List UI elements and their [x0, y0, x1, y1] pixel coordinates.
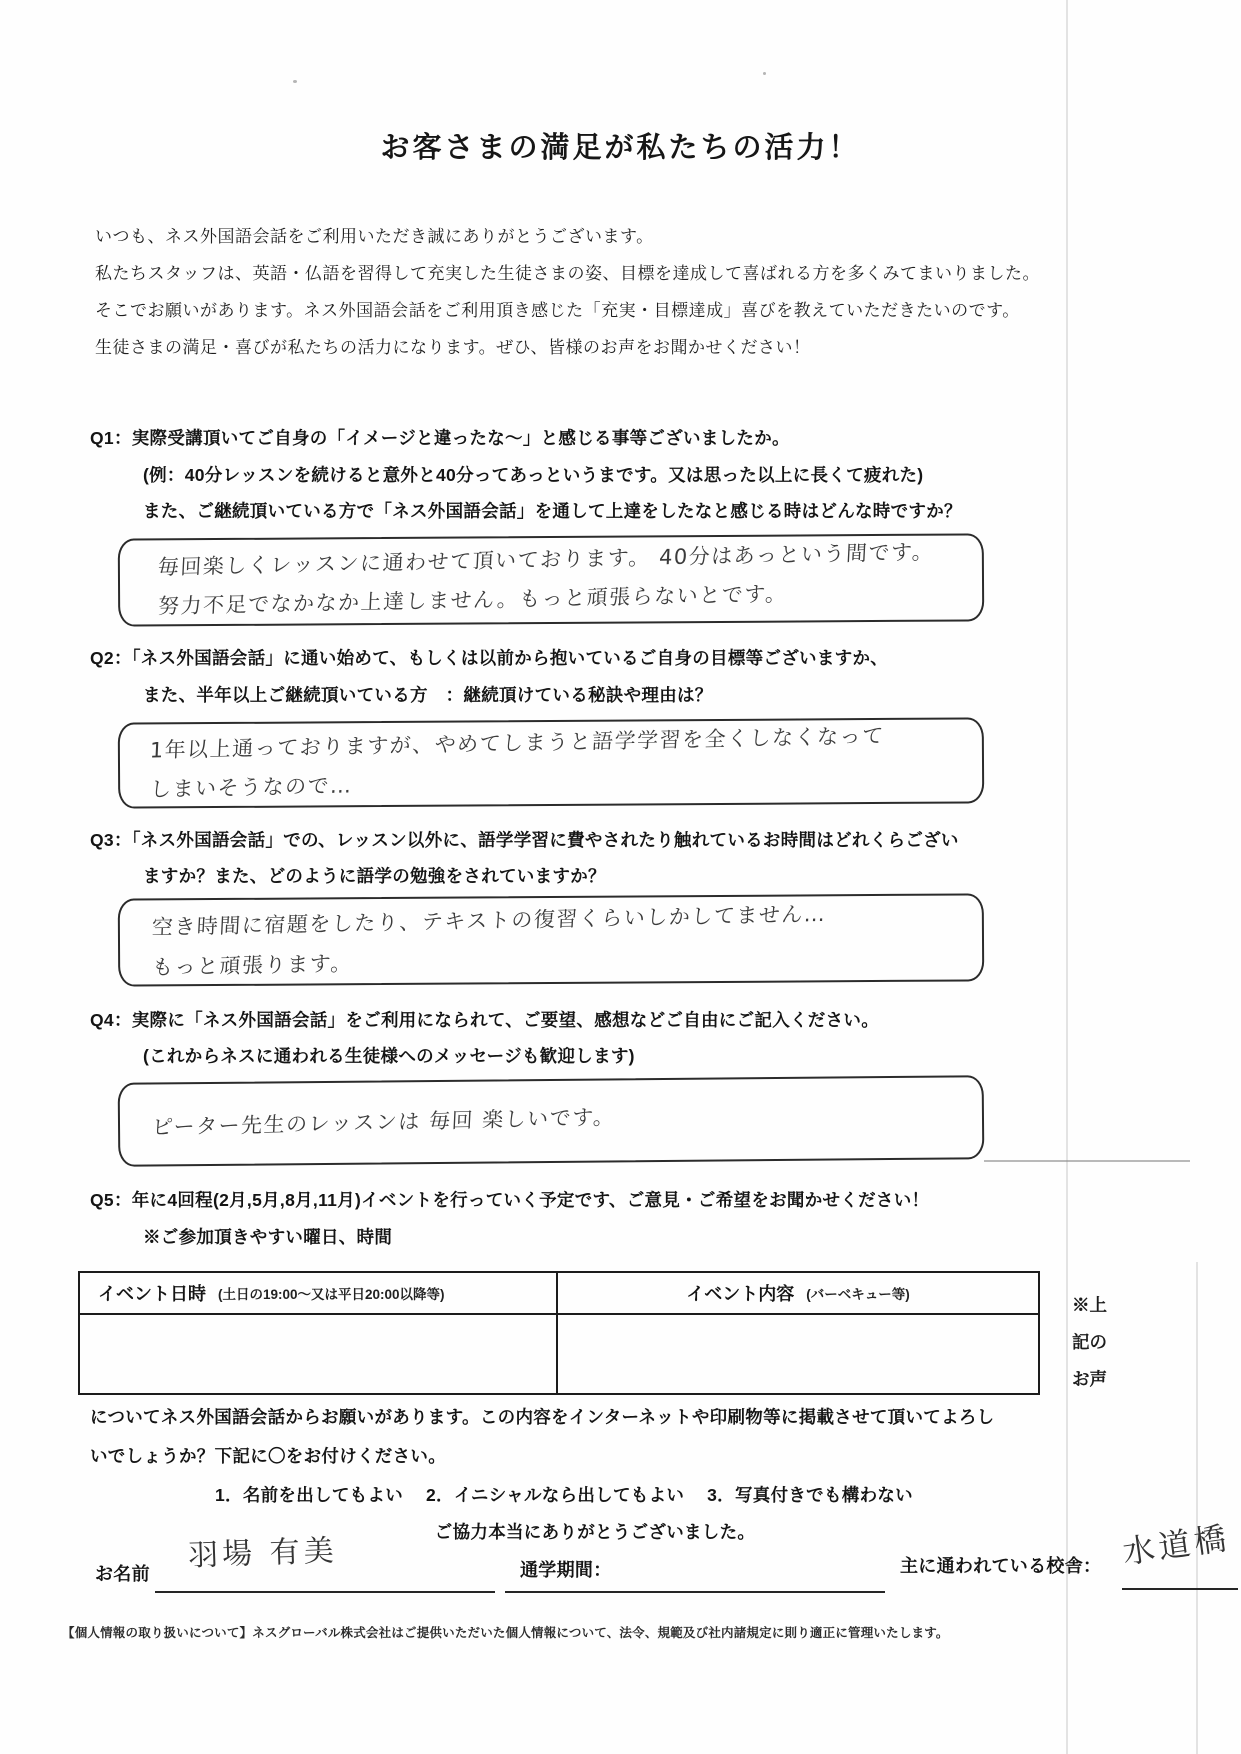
q1-answer-box: 毎回楽しくレッスンに通わせて頂いております。 40分はあっという間です。 努力不…: [118, 533, 985, 626]
school-label: 主に通われている校舎：: [900, 1552, 1101, 1578]
q4-prompt-line: Q4：実際に「ネス外国語会話」をご利用になられて、ご要望、感想などご自由にご記入…: [90, 1007, 879, 1032]
event-table: イベント日時 (土日の19:00～又は平日20:00以降等) イベント内容 (バ…: [78, 1271, 1040, 1395]
q3-answer-box: 空き時間に宿題をしたり、テキストの復習くらいしかしてません… もっと頑張ります。: [118, 893, 985, 986]
q4-prompt-line: (これからネスに通われる生徒様へのメッセージも歓迎します): [143, 1043, 635, 1068]
q3-handwritten-answer-line: 空き時間に宿題をしたり、テキストの復習くらいしかしてません…: [151, 898, 827, 942]
consent-paragraph-line: についてネス外国語会話からお願いがあります。この内容をインターネットや印刷物等に…: [90, 1404, 994, 1429]
q1-prompt-line: また、ご継続頂いている方で「ネス外国語会話」を通して上達をしたなと感じる時はどん…: [143, 498, 962, 523]
period-underline: [505, 1591, 885, 1593]
scan-artifact-dot: [763, 72, 766, 75]
q3-handwritten-answer-line: もっと頑張ります。: [151, 947, 353, 981]
name-label: お名前: [95, 1560, 150, 1586]
q4-handwritten-answer-line: ピーター先生のレッスンは 毎回 楽しいです。: [151, 1101, 616, 1142]
q2-handwritten-answer-line: 1年以上通っておりますが、やめてしまうと語学学習を全くしなくなって: [149, 720, 885, 765]
q3-prompt-line: ますか？また、どのように語学の勉強をされていますか？: [143, 863, 606, 888]
name-underline: [155, 1591, 495, 1593]
intro-line: 生徒さまの満足・喜びが私たちの活力になります。ぜひ、皆様のお声をお聞かせください…: [95, 333, 810, 358]
consent-paragraph-line: いでしょうか？下記に〇をお付けください。: [90, 1443, 446, 1468]
event-content-cell: [558, 1315, 1038, 1393]
event-content-note: (バーベキュー等): [806, 1283, 910, 1303]
survey-sheet: お客さまの満足が私たちの活力！ いつも、ネス外国語会話をご利用いただき誠にありが…: [0, 0, 1241, 1754]
intro-line: そこでお願いがあります。ネス外国語会話をご利用頂き感じた「充実・目標達成」喜びを…: [95, 296, 1020, 321]
q1-prompt-line: (例：40分レッスンを続けると意外と40分ってあっというまです。又は思った以上に…: [143, 462, 923, 487]
q1-handwritten-answer-line: 毎回楽しくレッスンに通わせて頂いております。 40分はあっという間です。: [157, 536, 935, 582]
thanks-line: ご協力本当にありがとうございました。: [0, 1519, 1190, 1544]
table-side-note-line: お声: [1072, 1361, 1107, 1398]
scan-artifact-line: [984, 1160, 1190, 1162]
table-side-note-line: ※上: [1072, 1287, 1107, 1324]
q5-prompt-line: ※ご参加頂きやすい曜日、時間: [143, 1224, 392, 1249]
event-table-header-content: イベント内容 (バーベキュー等): [558, 1273, 1038, 1313]
q2-prompt-line: Q2：「ネス外国語会話」に通い始めて、もしくは以前から抱いているご自身の目標等ご…: [90, 645, 888, 670]
event-table-empty-row: [80, 1315, 1038, 1393]
q4-answer-box: ピーター先生のレッスンは 毎回 楽しいです。: [118, 1075, 985, 1167]
event-datetime-title: イベント日時: [98, 1280, 206, 1306]
event-datetime-cell: [80, 1315, 558, 1393]
name-handwritten: 羽場 有美: [187, 1525, 338, 1574]
q2-handwritten-answer-line: しまいそうなので…: [149, 769, 353, 803]
q2-answer-box: 1年以上通っておりますが、やめてしまうと語学学習を全くしなくなって しまいそうな…: [118, 717, 985, 808]
event-table-header-datetime: イベント日時 (土日の19:00～又は平日20:00以降等): [80, 1273, 558, 1313]
q1-handwritten-answer-line: 努力不足でなかなか上達しません。もっと頑張らないとです。: [157, 578, 788, 621]
consent-options: 1．名前を出してもよい 2．イニシャルなら出してもよい 3．写真付きでも構わない: [215, 1482, 913, 1507]
school-underline: [1122, 1588, 1238, 1590]
event-datetime-note: (土日の19:00～又は平日20:00以降等): [218, 1283, 445, 1303]
page-title: お客さまの満足が私たちの活力！: [0, 125, 1241, 166]
intro-line: 私たちスタッフは、英語・仏語を習得して充実した生徒さまの姿、目標を達成して喜ばれ…: [95, 259, 1040, 284]
scan-artifact-vline: [1196, 1262, 1198, 1754]
scan-artifact-dot: [293, 80, 297, 83]
q5-prompt-line: Q5：年に4回程(2月,5月,8月,11月)イベントを行っていく予定です、ご意見…: [90, 1187, 929, 1212]
intro-line: いつも、ネス外国語会話をご利用いただき誠にありがとうございます。: [95, 222, 654, 247]
event-content-title: イベント内容: [686, 1280, 794, 1306]
table-side-note-line: 記の: [1072, 1324, 1107, 1361]
privacy-note: 【個人情報の取り扱いについて】ネスグローバル株式会社はご提供いただいた個人情報に…: [62, 1623, 949, 1641]
table-side-note: ※上 記の お声: [1072, 1287, 1107, 1398]
event-table-header-row: イベント日時 (土日の19:00～又は平日20:00以降等) イベント内容 (バ…: [80, 1273, 1038, 1315]
scan-artifact-vline: [1066, 0, 1068, 1754]
q3-prompt-line: Q3：「ネス外国語会話」での、レッスン以外に、語学学習に費やされたり触れているお…: [90, 827, 959, 852]
q2-prompt-line: また、半年以上ご継続頂いている方 ：継続頂けている秘訣や理由は？: [143, 682, 713, 707]
period-label: 通学期間：: [520, 1556, 612, 1582]
q1-prompt-line: Q1：実際受講頂いてご自身の「イメージと違ったな～」と感じる事等ございましたか。: [90, 425, 790, 450]
